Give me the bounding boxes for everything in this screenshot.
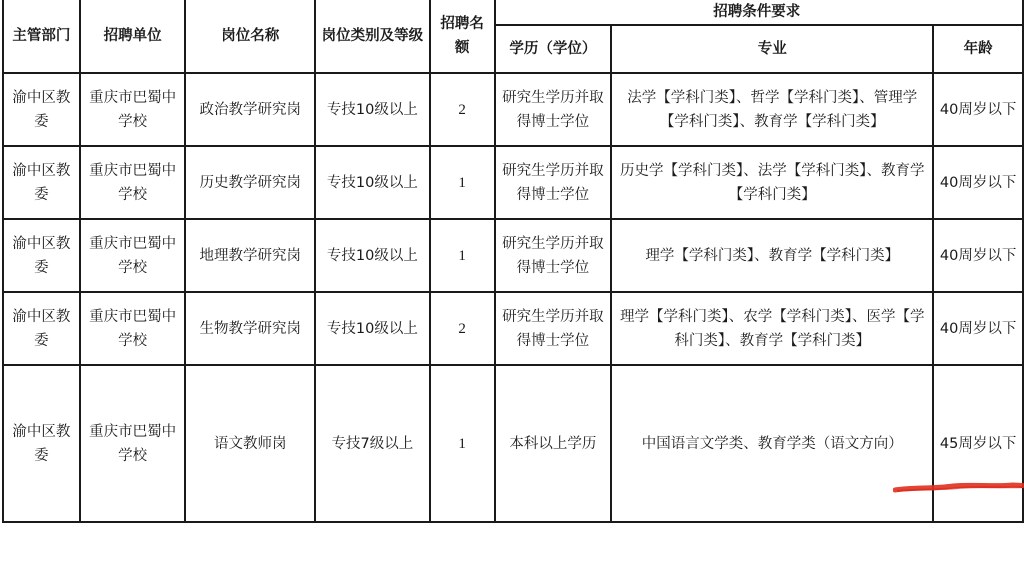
cell-major: 历史学【学科门类】、法学【学科门类】、教育学【学科门类】 [611,146,933,219]
cell-quota: 2 [430,292,495,365]
cell-major: 法学【学科门类】、哲学【学科门类】、管理学【学科门类】、教育学【学科门类】 [611,73,933,146]
table-row: 渝中区教委 重庆市巴蜀中学校 历史教学研究岗 专技10级以上 1 研究生学历并取… [3,146,1023,219]
cell-grade: 专技10级以上 [315,219,430,292]
cell-grade: 专技10级以上 [315,73,430,146]
cell-education: 本科以上学历 [495,365,612,522]
cell-position: 地理教学研究岗 [185,219,315,292]
cell-unit: 重庆市巴蜀中学校 [80,146,186,219]
header-grade: 岗位类别及等级 [315,0,430,73]
cell-quota: 2 [430,73,495,146]
cell-quota: 1 [430,219,495,292]
cell-position: 历史教学研究岗 [185,146,315,219]
cell-education: 研究生学历并取得博士学位 [495,146,612,219]
table-row: 渝中区教委 重庆市巴蜀中学校 政治教学研究岗 专技10级以上 2 研究生学历并取… [3,73,1023,146]
cell-age: 40周岁以下 [933,292,1023,365]
cell-unit: 重庆市巴蜀中学校 [80,219,186,292]
cell-education: 研究生学历并取得博士学位 [495,73,612,146]
cell-grade: 专技10级以上 [315,292,430,365]
cell-age: 40周岁以下 [933,146,1023,219]
header-major: 专业 [611,25,933,73]
table-row: 渝中区教委 重庆市巴蜀中学校 地理教学研究岗 专技10级以上 1 研究生学历并取… [3,219,1023,292]
cell-department: 渝中区教委 [3,73,80,146]
cell-grade: 专技10级以上 [315,146,430,219]
table-row: 渝中区教委 重庆市巴蜀中学校 生物教学研究岗 专技10级以上 2 研究生学历并取… [3,292,1023,365]
cell-unit: 重庆市巴蜀中学校 [80,365,186,522]
cell-major: 理学【学科门类】、教育学【学科门类】 [611,219,933,292]
cell-unit: 重庆市巴蜀中学校 [80,73,186,146]
cell-department: 渝中区教委 [3,365,80,522]
header-education: 学历（学位） [495,25,612,73]
cell-age: 40周岁以下 [933,73,1023,146]
cell-department: 渝中区教委 [3,146,80,219]
cell-education: 研究生学历并取得博士学位 [495,219,612,292]
header-department: 主管部门 [3,0,80,73]
cell-major: 理学【学科门类】、农学【学科门类】、医学【学科门类】、教育学【学科门类】 [611,292,933,365]
cell-quota: 1 [430,146,495,219]
header-unit: 招聘单位 [80,0,186,73]
cell-unit: 重庆市巴蜀中学校 [80,292,186,365]
red-underline-scribble [893,481,1024,495]
cell-department: 渝中区教委 [3,219,80,292]
recruitment-table-page: 主管部门 招聘单位 岗位名称 岗位类别及等级 招聘名额 招聘条件要求 学历（学位… [0,0,1024,562]
header-age: 年龄 [933,25,1023,73]
cell-quota: 1 [430,365,495,522]
recruitment-table: 主管部门 招聘单位 岗位名称 岗位类别及等级 招聘名额 招聘条件要求 学历（学位… [2,0,1024,523]
cell-age: 45周岁以下 [933,365,1023,522]
cell-position: 语文教师岗 [185,365,315,522]
table-row: 渝中区教委 重庆市巴蜀中学校 语文教师岗 专技7级以上 1 本科以上学历 中国语… [3,365,1023,522]
cell-position: 生物教学研究岗 [185,292,315,365]
header-quota: 招聘名额 [430,0,495,73]
cell-major: 中国语言文学类、教育学类（语文方向） [611,365,933,522]
cell-grade: 专技7级以上 [315,365,430,522]
cell-education: 研究生学历并取得博士学位 [495,292,612,365]
header-requirements-group: 招聘条件要求 [495,0,1023,25]
cell-age: 40周岁以下 [933,219,1023,292]
cell-department: 渝中区教委 [3,292,80,365]
header-position: 岗位名称 [185,0,315,73]
cell-position: 政治教学研究岗 [185,73,315,146]
